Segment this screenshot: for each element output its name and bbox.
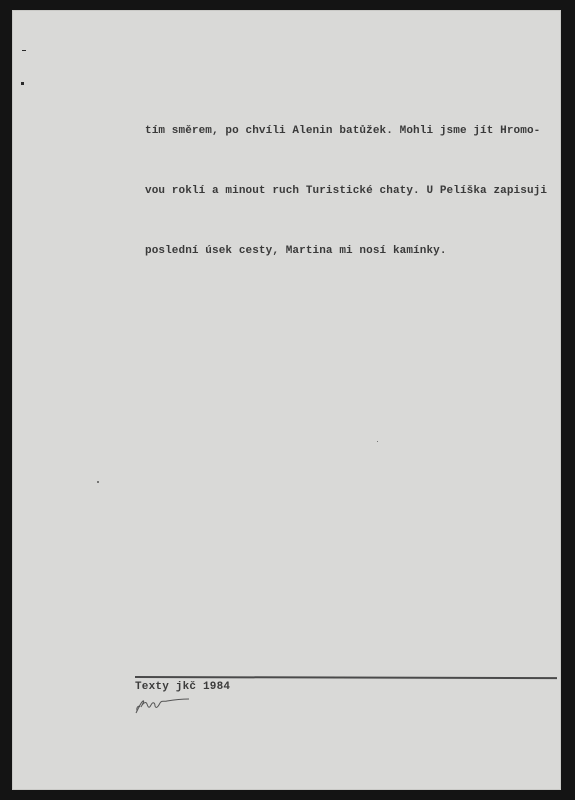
- body-paragraph: tím směrem, po chvíli Alenin batůžek. Mo…: [145, 81, 565, 301]
- paper-speck: [97, 481, 99, 483]
- footer-divider: [135, 676, 557, 679]
- body-line: tím směrem, po chvíli Alenin batůžek. Mo…: [145, 121, 565, 141]
- paper-speck: [377, 441, 378, 442]
- margin-mark: [21, 82, 24, 85]
- body-line: vou roklí a minout ruch Turistické chaty…: [145, 181, 565, 201]
- document-page: tím směrem, po chvíli Alenin batůžek. Mo…: [12, 10, 561, 790]
- footer-label: Texty jkč 1984: [135, 681, 230, 693]
- margin-mark: [22, 50, 26, 51]
- body-line: poslední úsek cesty, Martina mi nosí kam…: [145, 241, 565, 261]
- signature-icon: [133, 693, 193, 715]
